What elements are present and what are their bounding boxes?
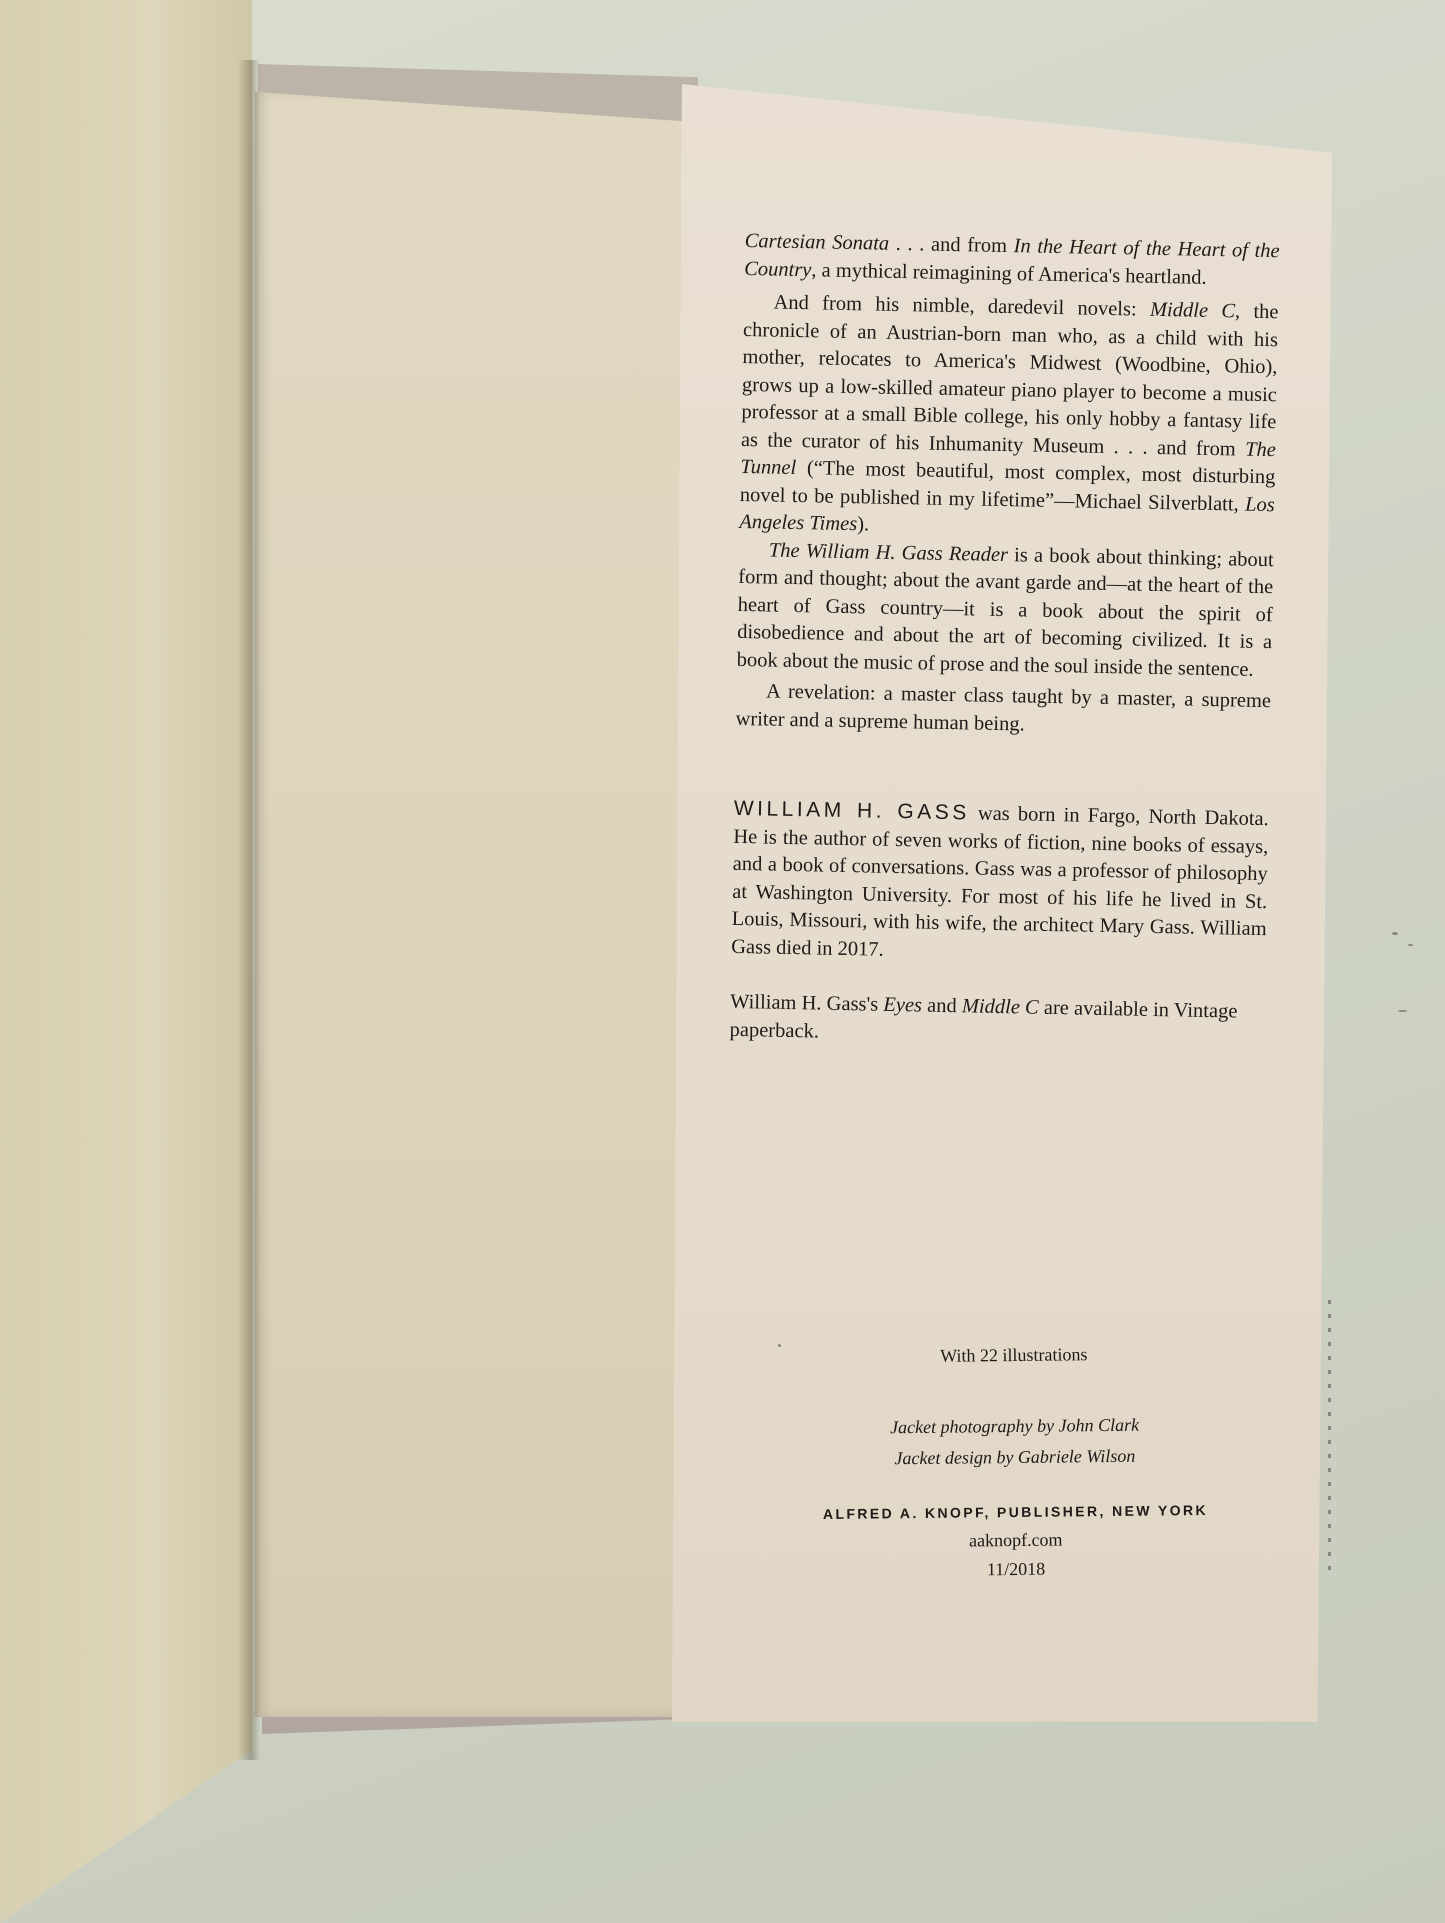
flap-text-block: Cartesian Sonata . . . and from In the H… [729,228,1280,1054]
blurb-paragraph-1: Cartesian Sonata . . . and from In the H… [744,228,1280,293]
date-code: 11/2018 [791,1557,1241,1583]
jacket-design-credit: Jacket design by Gabriele Wilson [790,1445,1240,1471]
publisher-website: aaknopf.com [791,1528,1241,1554]
book-title: Middle C [1150,299,1235,323]
spine-gutter-shadow [238,60,260,1760]
book-title: Middle C [962,995,1039,1018]
surface-speck [1408,944,1413,946]
publisher-imprint: ALFRED A. KNOPF, PUBLISHER, NEW YORK [790,1502,1240,1523]
surface-speck [1392,932,1398,935]
illustrations-note: With 22 illustrations [789,1343,1239,1369]
author-name: WILLIAM H. GASS [734,797,970,825]
surface-speck [778,1344,781,1347]
flap-edge-print-marks [1328,1300,1331,1580]
book-title: Cartesian Sonata [745,230,890,255]
availability-note: William H. Gass's Eyes and Middle C are … [729,989,1265,1054]
blurb-paragraph-4: A revelation: a master class taught by a… [735,678,1271,743]
book-title: Eyes [883,994,922,1017]
blurb-paragraph-3: The William H. Gass Reader is a book abo… [736,536,1274,684]
left-endpaper [0,0,252,1923]
author-bio: WILLIAM H. GASS was born in Fargo, North… [731,795,1269,971]
book-title: The William H. Gass Reader [769,539,1009,566]
jacket-photography-credit: Jacket photography by John Clark [789,1414,1239,1440]
blurb-paragraph-2: And from his nimble, daredevil novels: M… [739,289,1279,547]
jacket-credits: With 22 illustrations Jacket photography… [789,1343,1242,1591]
surface-speck [1398,1010,1407,1012]
inner-blank-page [255,92,695,1717]
